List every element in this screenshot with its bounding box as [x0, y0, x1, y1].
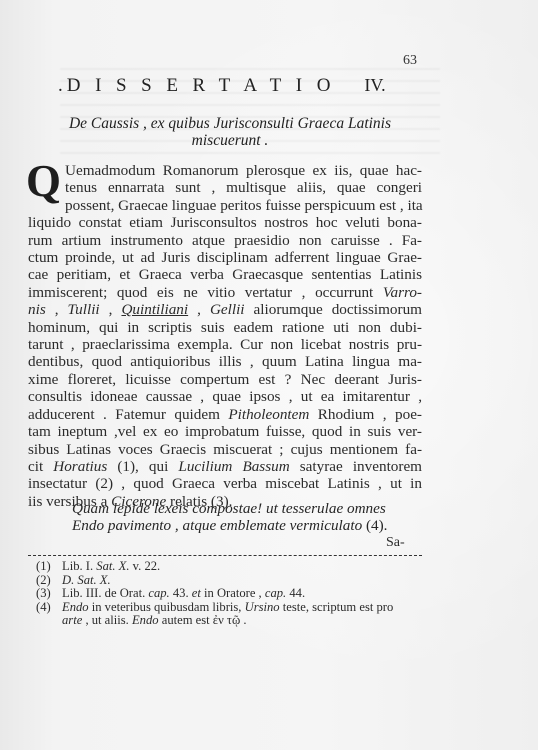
drop-cap: Q [26, 163, 61, 199]
text-line: rum artium instrumento atque praesidio n… [28, 232, 422, 249]
italic-ref: Endo [62, 600, 89, 614]
text-line: ctum proinde, ut ad Juris disciplinam ad… [28, 249, 422, 266]
italic-ref: Endo [132, 613, 159, 627]
text-run: aliorumque doctissimorum [245, 301, 422, 318]
text-line: tarunt , praeclarissima exempla. Cur non… [28, 336, 422, 353]
footnote-4: (4) Endo in veteribus quibusdam libris, … [36, 601, 426, 628]
book-page: 63 .DISSERTATIO IV. De Caussis , ex quib… [0, 0, 538, 750]
text-line: possent, Graecae linguae peritos fuisse … [28, 197, 422, 214]
text-run: , ut aliis. [82, 613, 132, 627]
text-run: rum artium instrumento atque praesidio n… [28, 232, 422, 249]
verse-line-1: Quam lepide lexeis compostae! ut tesseru… [72, 500, 406, 517]
catchword: Sa- [386, 535, 405, 551]
text-line: consultis idoneae caussae , quae ipsos ,… [28, 388, 422, 405]
text-run: tam ineptum ,vel ex eo improbatum fuisse… [28, 423, 422, 440]
verse-quotation: Quam lepide lexeis compostae! ut tesseru… [72, 500, 406, 535]
text-line: cae peritiam, et Graeca verba Graecasque… [28, 266, 422, 283]
text-run: (1), qui [107, 458, 178, 475]
italic-name: Horatius [53, 458, 107, 475]
text-run: satyrae inventorem [290, 458, 422, 475]
text-line: nis , Tullii , Quintiliani , Gellii alio… [28, 301, 422, 318]
footnote-line: Endo in veteribus quibusdam libris, Ursi… [62, 601, 426, 615]
subtitle-line-1: De Caussis , ex quibus Jurisconsulti Gra… [40, 115, 420, 132]
footnote-1: (1) Lib. I. Sat. X. v. 22. [36, 560, 426, 574]
text-run: v. 22. [130, 559, 161, 573]
footnote-reference: (4). [362, 517, 387, 534]
italic-ref: Sat. X. [96, 559, 129, 573]
italic-ref: Ursino [245, 600, 280, 614]
text-run: xime floreret, licuisse compertum est ? … [28, 371, 422, 388]
footnote-2: (2) D. Sat. X. [36, 574, 426, 588]
italic-ref: cap. [265, 586, 286, 600]
text-run: teste, scriptum est pro [280, 600, 394, 614]
text-line: insectatur (2) , quod Graeca verba misce… [28, 475, 422, 492]
text-line: Uemadmodum Romanorum plerosque ex iis, q… [28, 162, 422, 179]
text-run: autem est ἐν τῷ . [159, 613, 247, 627]
text-line: hominum, qui in scriptis suis eadem rati… [28, 319, 422, 336]
footnote-text: D. Sat. X. [62, 574, 426, 588]
text-run: ctum proinde, ut ad Juris disciplinam ad… [28, 249, 422, 266]
text-run: Lib. I. [62, 559, 96, 573]
text-run: cae peritiam, et Graeca verba Graecasque… [28, 266, 422, 283]
footnote-divider [28, 555, 422, 556]
text-line: xime floreret, licuisse compertum est ? … [28, 371, 422, 388]
chapter-heading: .DISSERTATIO IV. [58, 75, 388, 97]
italic-ref: D. Sat. X. [62, 573, 111, 587]
verse-text: Endo pavimento , atque emblemate vermicu… [72, 517, 362, 534]
text-run: possent, Graecae linguae peritos fuisse … [65, 197, 423, 214]
text-run: insectatur (2) , quod Graeca verba misce… [28, 475, 422, 492]
footnote-3: (3) Lib. III. de Orat. cap. 43. et in Or… [36, 587, 426, 601]
text-line: tenus ennarrata sunt , multisque aliis, … [28, 179, 422, 196]
page-number: 63 [403, 53, 417, 69]
italic-name: Lucilium Bassum [178, 458, 289, 475]
text-run: tenus ennarrata sunt , multisque aliis, … [65, 179, 422, 196]
italic-name: Varro- [383, 284, 422, 301]
text-line: immiscerent; quod eis ne vitio vertatur … [28, 284, 422, 301]
text-run: Rhodium , poe- [309, 406, 422, 423]
text-run: hominum, qui in scriptis suis eadem rati… [28, 319, 422, 336]
text-run: sibus Latinas voces Graecis miscuerat ; … [28, 441, 422, 458]
text-run: Uemadmodum Romanorum plerosque ex iis, q… [65, 162, 422, 179]
text-run: 44. [286, 586, 305, 600]
text-run: in Oratore , [201, 586, 265, 600]
text-run: in veteribus quibusdam libris, [89, 600, 245, 614]
footnote-text: Lib. III. de Orat. cap. 43. et in Orator… [62, 587, 426, 601]
text-run: cit [28, 458, 53, 475]
heading-title: DISSERTATIO [67, 75, 345, 96]
italic-ref: et [192, 586, 201, 600]
text-run: 43. [170, 586, 192, 600]
italic-name: nis [28, 301, 46, 318]
text-run: , [188, 301, 210, 318]
chapter-subtitle: De Caussis , ex quibus Jurisconsulti Gra… [40, 115, 420, 149]
text-line: cit Horatius (1), qui Lucilium Bassum sa… [28, 458, 422, 475]
text-run: Lib. III. de Orat. [62, 586, 148, 600]
text-run: immiscerent; quod eis ne vitio vertatur … [28, 284, 383, 301]
text-line: sibus Latinas voces Graecis miscuerat ; … [28, 441, 422, 458]
footnote-text: Endo in veteribus quibusdam libris, Ursi… [62, 601, 426, 628]
italic-ref: cap. [148, 586, 169, 600]
footnote-mark: (2) [36, 574, 62, 588]
footnote-mark: (3) [36, 587, 62, 601]
footnote-mark: (1) [36, 560, 62, 574]
footnote-mark: (4) [36, 601, 62, 628]
text-line: adducerent . Fatemur quidem Pitholeontem… [28, 406, 422, 423]
italic-name: Quintiliani [121, 301, 188, 318]
italic-name: Gellii [210, 301, 245, 318]
main-paragraph: Q Uemadmodum Romanorum plerosque ex iis,… [28, 162, 422, 510]
text-run: dentibus, quod antiquioribus illis , quu… [28, 353, 422, 370]
text-run: adducerent . Fatemur quidem [28, 406, 228, 423]
italic-ref: arte [62, 613, 82, 627]
text-run: consultis idoneae caussae , quae ipsos ,… [28, 388, 422, 405]
text-run: tarunt , praeclarissima exempla. Cur non… [28, 336, 422, 353]
italic-name: Tullii [68, 301, 100, 318]
heading-prefix: . [58, 75, 63, 96]
subtitle-line-2: miscuerunt . [40, 132, 420, 149]
text-run: , [46, 301, 68, 318]
italic-name: Pitholeontem [228, 406, 309, 423]
text-run: liquido constat etiam Jurisconsultos nos… [28, 214, 422, 231]
text-line: liquido constat etiam Jurisconsultos nos… [28, 214, 422, 231]
verse-line-2: Endo pavimento , atque emblemate vermicu… [72, 517, 406, 534]
footnote-line: arte , ut aliis. Endo autem est ἐν τῷ . [62, 614, 426, 628]
footnote-text: Lib. I. Sat. X. v. 22. [62, 560, 426, 574]
heading-numeral: IV. [364, 75, 385, 95]
text-run: , [100, 301, 122, 318]
text-line: tam ineptum ,vel ex eo improbatum fuisse… [28, 423, 422, 440]
footnotes: (1) Lib. I. Sat. X. v. 22. (2) D. Sat. X… [36, 560, 426, 628]
text-line: dentibus, quod antiquioribus illis , quu… [28, 353, 422, 370]
